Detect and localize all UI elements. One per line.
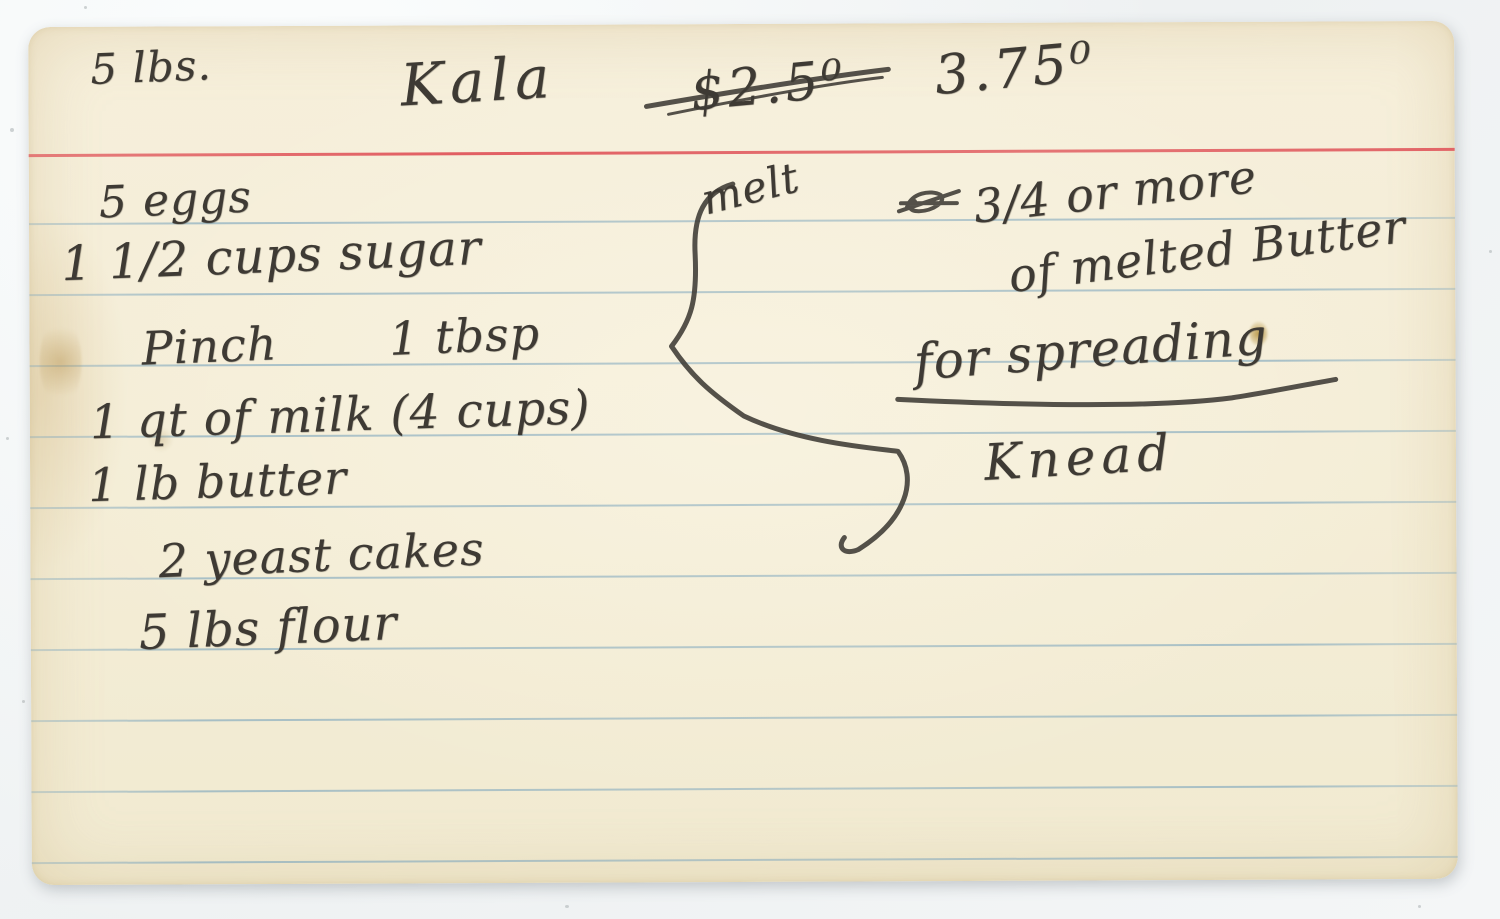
- dust-speck: [22, 700, 25, 703]
- recipe-card: 5 lbs. Kala $2.5⁰ 3.75⁰ 5 eggs 1 1/2 cup…: [28, 21, 1458, 885]
- dust-speck: [1489, 250, 1492, 253]
- ruled-line: [31, 714, 1457, 722]
- ingredient-line: 1 qt of milk (4 cups): [89, 380, 591, 450]
- dust-speck: [1418, 905, 1421, 908]
- price-new: 3.75⁰: [932, 30, 1099, 108]
- paper-stain: [39, 317, 81, 407]
- ingredient-line: 1 1/2 cups sugar: [60, 220, 482, 292]
- dust-speck: [10, 128, 14, 132]
- ruled-line: [31, 785, 1457, 793]
- recipe-title: Kala: [399, 43, 558, 120]
- instruction-line: Knead: [983, 423, 1177, 492]
- ingredient-line: 5 eggs: [98, 171, 253, 228]
- header-quantity: 5 lbs.: [89, 40, 212, 94]
- dust-speck: [84, 6, 87, 9]
- ingredient-tbsp: 1 tbsp: [388, 306, 541, 366]
- price-strikethrough: [638, 43, 898, 124]
- grouping-brace: [629, 151, 931, 572]
- ruled-line: [32, 856, 1458, 864]
- scribble-mark: [897, 181, 967, 221]
- dust-speck: [565, 905, 569, 908]
- dust-speck: [6, 437, 9, 440]
- underline-flourish: [892, 373, 1342, 415]
- ingredient-line: 1 lb butter: [87, 450, 347, 512]
- ingredient-line: 5 lbs flour: [138, 595, 399, 661]
- ingredient-pinch: Pinch: [141, 316, 279, 375]
- instruction-line: 3/4 or more: [971, 149, 1260, 234]
